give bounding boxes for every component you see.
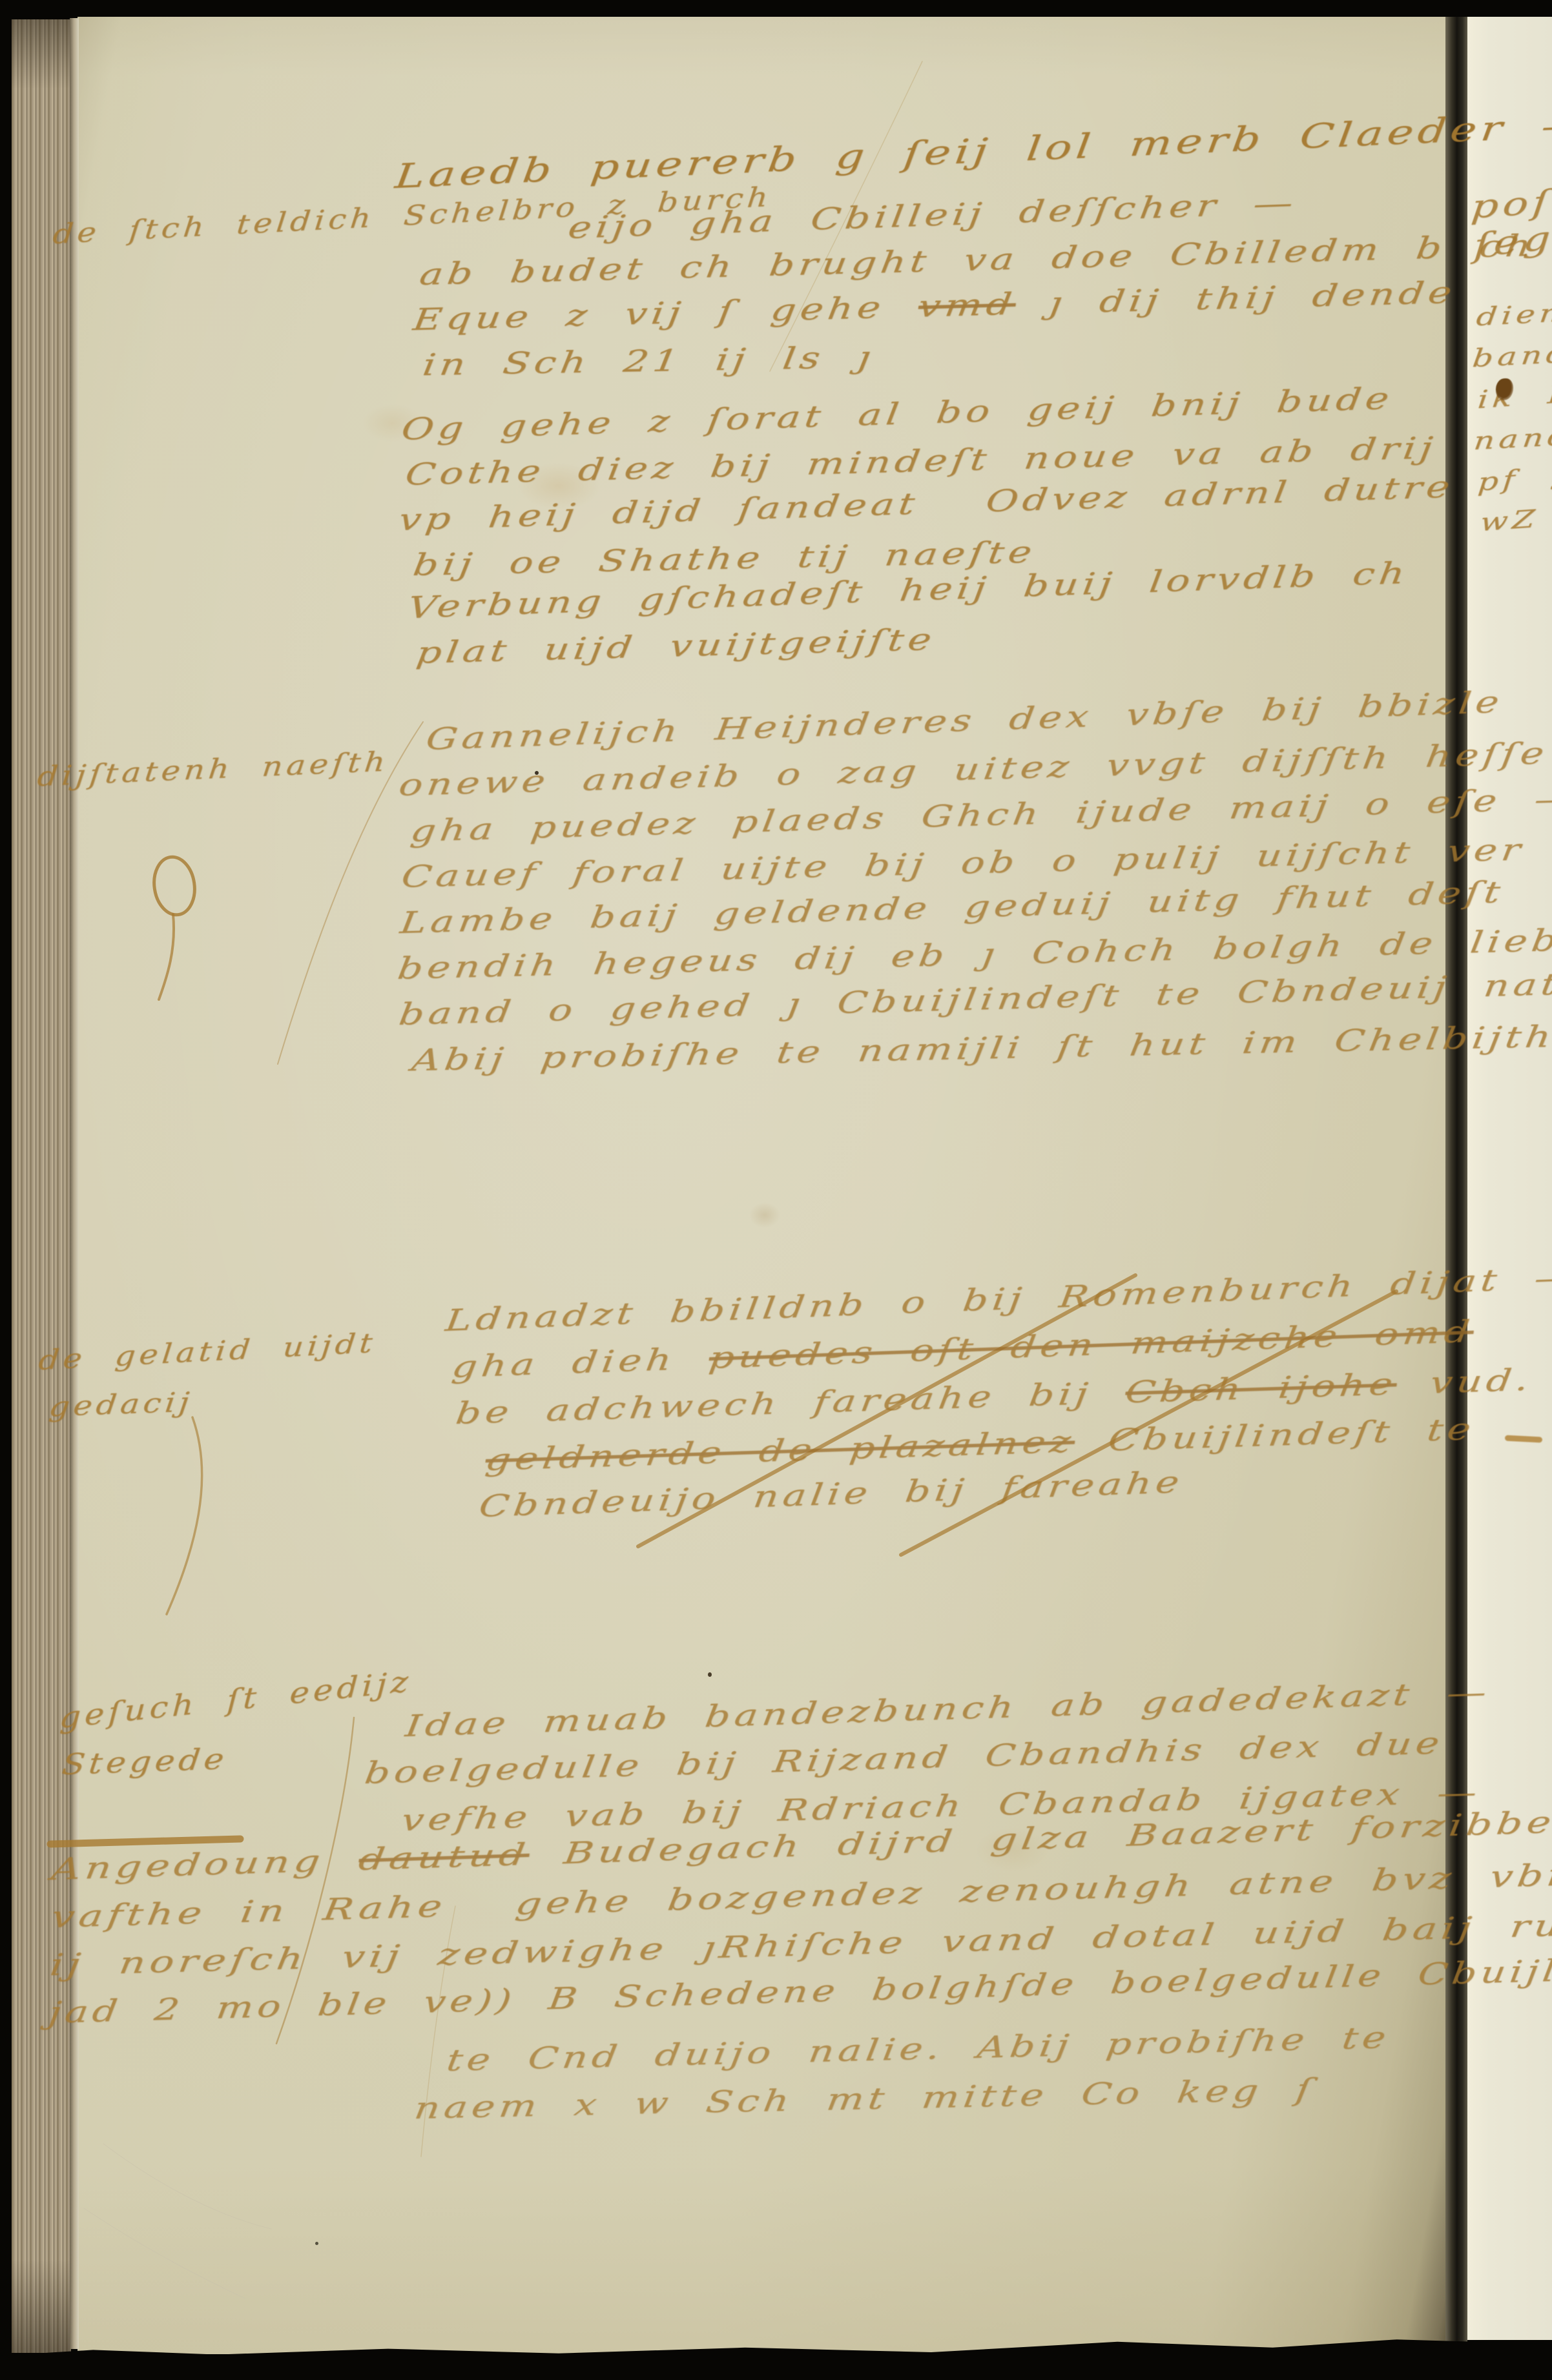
photo-background-left <box>0 0 12 2380</box>
manuscript-left-page <box>78 17 1445 2354</box>
photo-background-top <box>0 0 1552 17</box>
facing-page-fragment-6: nand ſ <box>1473 421 1552 453</box>
book-page-stack-edge <box>12 19 71 2353</box>
facing-page-text-layer: poſ Bſege ſdien wband lik Blnand ſpf go … <box>1467 15 1552 2340</box>
manuscript-photo: poſ Bſege ſdien wband lik Blnand ſpf go … <box>0 0 1552 2380</box>
facing-page-fragment-1: poſ B <box>1470 180 1552 223</box>
book-gutter-shadow <box>1445 0 1467 2380</box>
facing-page-fragment-7: pf go ſ <box>1477 455 1552 495</box>
facing-page-fragment-3: dien w <box>1475 297 1552 330</box>
facing-page-fragment-5: ik Bl <box>1476 380 1552 413</box>
page-stack-crease <box>70 18 79 2349</box>
facing-page-fragment-4: band l <box>1471 338 1552 371</box>
facing-page-fragment-8: wZ Bc <box>1479 500 1552 535</box>
facing-page-sliver: poſ Bſege ſdien wband lik Blnand ſpf go … <box>1467 15 1552 2340</box>
